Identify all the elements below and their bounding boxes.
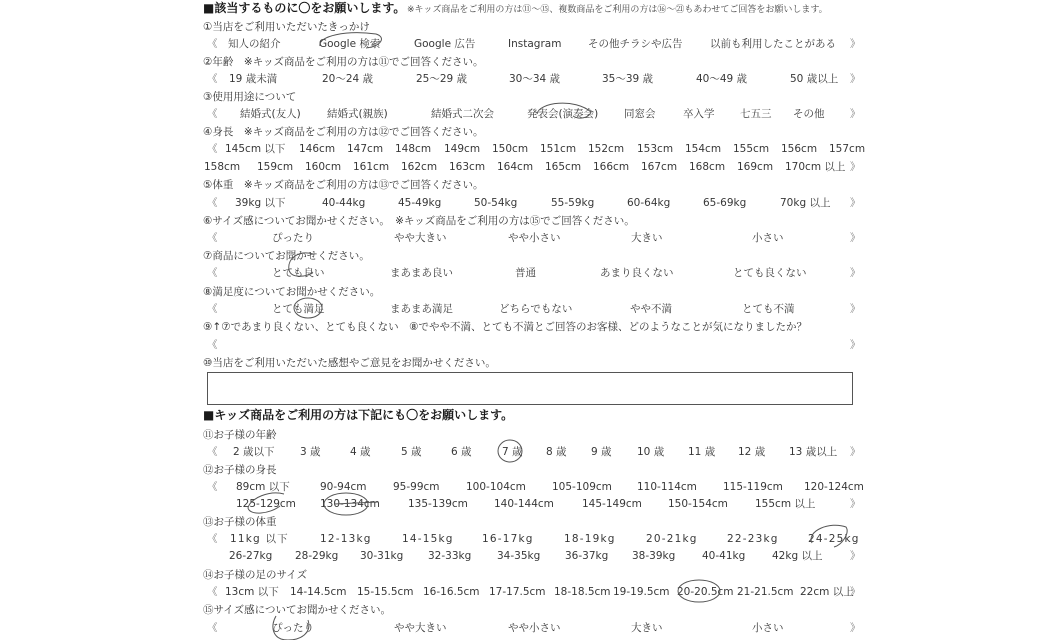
option-q13[interactable]: 28-29kg	[295, 549, 338, 563]
option-q14[interactable]: 22cm 以上	[800, 585, 854, 599]
option-q14[interactable]: 14-14.5cm	[290, 585, 347, 599]
option-q2[interactable]: 40～49 歳	[696, 72, 747, 86]
bracket-open: 《	[207, 621, 218, 635]
bracket-close: 》	[850, 549, 861, 563]
bracket-close: 》	[850, 107, 861, 121]
question-label-q8: ⑧満足度についてお聞かせください。	[203, 285, 380, 299]
option-q11[interactable]: 2 歳以下	[233, 445, 275, 459]
option-q15[interactable]: やや大きい	[394, 621, 447, 635]
option-q1[interactable]: Google 広告	[414, 37, 475, 51]
option-q7[interactable]: とても良くない	[733, 266, 807, 280]
option-q12[interactable]: 90-94cm	[320, 480, 367, 494]
feedback-textbox[interactable]	[207, 372, 853, 405]
question-label-q7: ⑦商品についてお聞かせください。	[203, 249, 370, 263]
option-q1[interactable]: Instagram	[508, 37, 561, 51]
option-q6[interactable]: 小さい	[752, 231, 784, 245]
option-q12[interactable]: 140-144cm	[494, 497, 554, 511]
bracket-close: 》	[850, 72, 861, 86]
bracket-close: 》	[850, 338, 861, 352]
option-q4[interactable]: 153cm	[637, 142, 673, 156]
option-q5[interactable]: 50-54kg	[474, 196, 517, 210]
question-label-q6: ⑥サイズ感についてお聞かせください。 ※キッズ商品をご利用の方は⑮でご回答くださ…	[203, 214, 635, 228]
option-q5[interactable]: 70kg 以上	[780, 196, 830, 210]
option-q4[interactable]: 148cm	[395, 142, 431, 156]
option-q3-circled[interactable]: 発表会(演奏会)	[527, 107, 598, 121]
question-label-q9: ⑨↑⑦であまり良くない、とても良くない ⑧でやや不満、とても不満とご回答のお客様…	[203, 320, 807, 334]
bracket-open: 《	[207, 72, 218, 86]
option-q12-circled[interactable]: 130-134cm	[320, 497, 380, 511]
question-label-q13: ⑬お子様の体重	[203, 515, 277, 529]
question-label-q5: ⑤体重 ※キッズ商品をご利用の方は⑬でご回答ください。	[203, 178, 484, 192]
question-label-q11: ⑪お子様の年齢	[203, 428, 277, 442]
option-q4[interactable]: 165cm	[545, 160, 581, 174]
bracket-close: 》	[850, 621, 861, 635]
option-q11[interactable]: 13 歳以上	[789, 445, 837, 459]
bracket-close: 》	[850, 160, 861, 174]
option-q15[interactable]: 小さい	[752, 621, 784, 635]
option-q13[interactable]: 40-41kg	[702, 549, 745, 563]
option-q11[interactable]: 4 歳	[350, 445, 371, 459]
option-q12[interactable]: 135-139cm	[408, 497, 468, 511]
option-q13[interactable]: 34-35kg	[497, 549, 540, 563]
option-q4[interactable]: 160cm	[305, 160, 341, 174]
bracket-close: 》	[850, 497, 861, 511]
bracket-open: 《	[207, 532, 218, 546]
section-note: ※キッズ商品をご利用の方は⑪～⑮、複数商品をご利用の方は⑯～㉑もあわせてご回答を…	[407, 3, 828, 17]
bracket-open: 《	[207, 196, 218, 210]
option-q8[interactable]: どちらでもない	[499, 302, 572, 316]
option-q4[interactable]: 167cm	[641, 160, 677, 174]
option-q14[interactable]: 17-17.5cm	[489, 585, 546, 599]
option-q4[interactable]: 166cm	[593, 160, 629, 174]
option-q4[interactable]: 162cm	[401, 160, 437, 174]
option-q7[interactable]: まあまあ良い	[390, 266, 453, 280]
option-q4[interactable]: 157cm	[829, 142, 865, 156]
option-q13[interactable]: 32-33kg	[428, 549, 471, 563]
bracket-open: 《	[207, 445, 218, 459]
option-q7-circled[interactable]: とても良い	[272, 266, 325, 280]
option-q2[interactable]: 35～39 歳	[602, 72, 653, 86]
option-q11[interactable]: 12 歳	[738, 445, 765, 459]
option-q12[interactable]: 95-99cm	[393, 480, 440, 494]
bracket-open: 《	[207, 585, 218, 599]
option-q5[interactable]: 65-69kg	[703, 196, 746, 210]
option-q13[interactable]: 36-37kg	[565, 549, 608, 563]
option-q6[interactable]: やや大きい	[394, 231, 447, 245]
option-q2[interactable]: 30～34 歳	[509, 72, 560, 86]
option-q1[interactable]: その他チラシや広告	[588, 37, 683, 51]
option-q2[interactable]: 20～24 歳	[322, 72, 373, 86]
option-q12-circled[interactable]: 125-129cm	[236, 497, 296, 511]
option-q4[interactable]: 163cm	[449, 160, 485, 174]
option-q3[interactable]: 卒入学	[683, 107, 715, 121]
option-q13[interactable]: 22-23kg	[727, 532, 779, 546]
bracket-open: 《	[207, 142, 218, 156]
option-q11[interactable]: 8 歳	[546, 445, 567, 459]
option-q13[interactable]: 11kg 以下	[230, 532, 289, 546]
question-label-q2: ②年齢 ※キッズ商品をご利用の方は⑪でご回答ください。	[203, 55, 484, 69]
option-q6[interactable]: やや小さい	[508, 231, 561, 245]
option-q1[interactable]: 知人の紹介	[228, 37, 281, 51]
option-q4[interactable]: 151cm	[540, 142, 576, 156]
bracket-close: 》	[850, 302, 861, 316]
section-title-kids: ■キッズ商品をご利用の方は下記にも〇をお願いします。	[203, 408, 513, 422]
option-q4[interactable]: 155cm	[733, 142, 769, 156]
option-q12[interactable]: 150-154cm	[668, 497, 728, 511]
option-q4[interactable]: 150cm	[492, 142, 528, 156]
option-q4[interactable]: 152cm	[588, 142, 624, 156]
option-q3[interactable]: 結婚式二次会	[431, 107, 494, 121]
bracket-close: 》	[850, 37, 861, 51]
question-label-q1: ①当店をご利用いただいたきっかけ	[203, 20, 370, 34]
option-q5[interactable]: 55-59kg	[551, 196, 594, 210]
option-q14-circled[interactable]: 20-20.5cm	[677, 585, 734, 599]
option-q13[interactable]: 26-27kg	[229, 549, 272, 563]
bracket-close: 》	[850, 231, 861, 245]
option-q11[interactable]: 6 歳	[451, 445, 472, 459]
option-q5[interactable]: 40-44kg	[322, 196, 365, 210]
option-q4[interactable]: 149cm	[444, 142, 480, 156]
option-q1-circled[interactable]: Google 検索	[319, 37, 380, 51]
option-q3[interactable]: 結婚式(親族)	[327, 107, 388, 121]
option-q8[interactable]: とても不満	[742, 302, 795, 316]
option-q14[interactable]: 15-15.5cm	[357, 585, 414, 599]
survey-form: ■該当するものに〇をお願いします。 ※キッズ商品をご利用の方は⑪～⑮、複数商品を…	[0, 0, 1060, 640]
question-label-q15: ⑮サイズ感についてお聞かせください。	[203, 603, 391, 617]
option-q13[interactable]: 14-15kg	[402, 532, 454, 546]
option-q11[interactable]: 10 歳	[637, 445, 664, 459]
option-q12[interactable]: 89cm 以下	[236, 480, 290, 494]
option-q8[interactable]: やや不満	[630, 302, 672, 316]
option-q12[interactable]: 115-119cm	[723, 480, 783, 494]
question-label-q12: ⑫お子様の身長	[203, 463, 277, 477]
option-q4[interactable]: 170cm 以上	[785, 160, 845, 174]
option-q15[interactable]: 大きい	[631, 621, 663, 635]
question-label-q3: ③使用用途について	[203, 90, 296, 104]
bracket-close: 》	[850, 266, 861, 280]
option-q13[interactable]: 18-19kg	[564, 532, 616, 546]
option-q3[interactable]: 結婚式(友人)	[240, 107, 301, 121]
option-q5[interactable]: 60-64kg	[627, 196, 670, 210]
bracket-open: 《	[207, 302, 218, 316]
option-q13[interactable]: 30-31kg	[360, 549, 403, 563]
option-q13[interactable]: 12-13kg	[320, 532, 372, 546]
option-q13[interactable]: 20-21kg	[646, 532, 698, 546]
option-q7[interactable]: あまり良くない	[600, 266, 674, 280]
option-q2[interactable]: 25～29 歳	[416, 72, 467, 86]
option-q12[interactable]: 155cm 以上	[755, 497, 815, 511]
bracket-close: 》	[850, 196, 861, 210]
option-q4[interactable]: 156cm	[781, 142, 817, 156]
option-q4[interactable]: 168cm	[689, 160, 725, 174]
option-q4[interactable]: 146cm	[299, 142, 335, 156]
option-q1[interactable]: 以前も利用したことがある	[710, 37, 836, 51]
option-q4[interactable]: 169cm	[737, 160, 773, 174]
option-q11-circled[interactable]: 7 歳	[502, 445, 523, 459]
option-q14[interactable]: 21-21.5cm	[737, 585, 794, 599]
option-q14[interactable]: 18-18.5cm	[554, 585, 611, 599]
question-label-q10: ⑩当店をご利用いただいた感想やご意見をお聞かせください。	[203, 356, 496, 370]
option-q11[interactable]: 11 歳	[688, 445, 715, 459]
option-q12[interactable]: 120-124cm	[804, 480, 864, 494]
option-q15-circled[interactable]: ぴったり	[272, 621, 314, 635]
option-q4[interactable]: 154cm	[685, 142, 721, 156]
option-q4[interactable]: 159cm	[257, 160, 293, 174]
bracket-open: 《	[207, 480, 218, 494]
option-q4[interactable]: 158cm	[204, 160, 240, 174]
question-label-q4: ④身長 ※キッズ商品をご利用の方は⑫でご回答ください。	[203, 125, 484, 139]
option-q12[interactable]: 105-109cm	[552, 480, 612, 494]
option-q6[interactable]: 大きい	[631, 231, 663, 245]
option-q13[interactable]: 42kg 以上	[772, 549, 822, 563]
option-q2[interactable]: 19 歳未満	[229, 72, 277, 86]
bracket-open: 《	[207, 37, 218, 51]
option-q13-circled[interactable]: 24-25kg	[808, 532, 860, 546]
option-q5[interactable]: 45-49kg	[398, 196, 441, 210]
option-q6[interactable]: ぴったり	[272, 231, 314, 245]
bracket-open: 《	[207, 231, 218, 245]
option-q2[interactable]: 50 歳以上	[790, 72, 838, 86]
option-q4[interactable]: 161cm	[353, 160, 389, 174]
bracket-close: 》	[850, 445, 861, 459]
option-q8[interactable]: まあまあ満足	[390, 302, 453, 316]
option-q8-circled[interactable]: とても満足	[272, 302, 325, 316]
option-q11[interactable]: 3 歳	[300, 445, 321, 459]
bracket-open: 《	[207, 266, 218, 280]
bracket-open: 《	[207, 107, 218, 121]
option-q3[interactable]: 七五三	[740, 107, 772, 121]
option-q4[interactable]: 147cm	[347, 142, 383, 156]
option-q7[interactable]: 普通	[515, 266, 536, 280]
option-q4[interactable]: 145cm 以下	[225, 142, 285, 156]
question-label-q14: ⑭お子様の足のサイズ	[203, 568, 307, 582]
option-q3[interactable]: その他	[793, 107, 825, 121]
option-q4[interactable]: 164cm	[497, 160, 533, 174]
option-q12[interactable]: 100-104cm	[466, 480, 526, 494]
bracket-close: 》	[850, 585, 861, 599]
option-q14[interactable]: 13cm 以下	[225, 585, 279, 599]
option-q11[interactable]: 5 歳	[401, 445, 422, 459]
option-q14[interactable]: 16-16.5cm	[423, 585, 480, 599]
option-q11[interactable]: 9 歳	[591, 445, 612, 459]
option-q3[interactable]: 同窓会	[624, 107, 656, 121]
bracket-open: 《	[207, 338, 218, 352]
section-title-general: ■該当するものに〇をお願いします。	[203, 1, 405, 15]
option-q12[interactable]: 145-149cm	[582, 497, 642, 511]
option-q14[interactable]: 19-19.5cm	[613, 585, 670, 599]
option-q15[interactable]: やや小さい	[508, 621, 561, 635]
option-q13[interactable]: 16-17kg	[482, 532, 534, 546]
option-q13[interactable]: 38-39kg	[632, 549, 675, 563]
option-q12[interactable]: 110-114cm	[637, 480, 697, 494]
option-q5[interactable]: 39kg 以下	[235, 196, 285, 210]
